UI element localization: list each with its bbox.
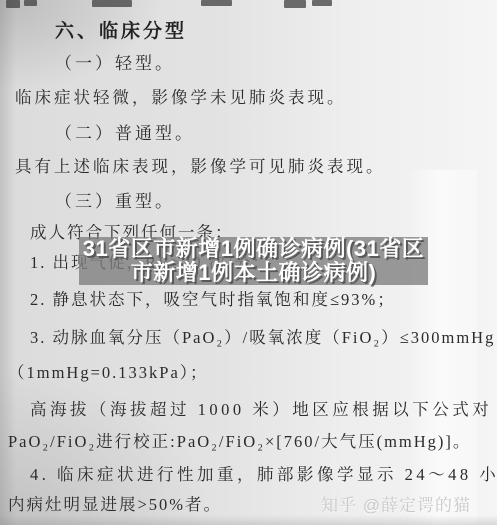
- document-line: 具有上述临床表现，影像学可见肺炎表现。: [15, 153, 386, 177]
- document-line: （1mmHg=0.133kPa）；: [8, 359, 209, 383]
- document-line: （三）重型。: [55, 187, 175, 212]
- document-line: （二）普通型。: [55, 119, 195, 144]
- news-title-line: 31省区市新增1例确诊病例(31省区: [83, 237, 425, 261]
- document-line: 六、临床分型: [55, 16, 187, 43]
- zhihu-watermark: 知乎 @薛定谔的猫: [321, 491, 471, 516]
- document-line: 高海拔（海拔超过 1000 米）地区应根据以下公式对: [30, 396, 492, 420]
- document-photo: 六、临床分型（一）轻型。临床症状轻微，影像学未见肺炎表现。（二）普通型。具有上述…: [0, 0, 497, 525]
- document-line: 内病灶明显进展>50%者。: [8, 491, 222, 515]
- document-line: 2. 静息状态下，吸空气时指氧饱和度≤93%；: [30, 286, 396, 310]
- document-line: 4. 临床症状进行性加重，肺部影像学显示 24～48 小时: [30, 461, 497, 485]
- document-line: （一）轻型。: [55, 49, 175, 74]
- document-line: 3. 动脉血氧分压（PaO₂）/吸氧浓度（FiO₂）≤300mmHg: [30, 324, 495, 348]
- document-line: 临床症状轻微，影像学未见肺炎表现。: [15, 84, 347, 108]
- news-title-overlay: 31省区市新增1例确诊病例(31省区 市新增1例本土确诊病例): [79, 237, 428, 285]
- news-title-line: 市新增1例本土确诊病例): [131, 261, 377, 285]
- document-line: PaO₂/FiO₂进行校正:PaO₂/FiO₂×[760/大气压(mmHg)]。: [8, 428, 471, 452]
